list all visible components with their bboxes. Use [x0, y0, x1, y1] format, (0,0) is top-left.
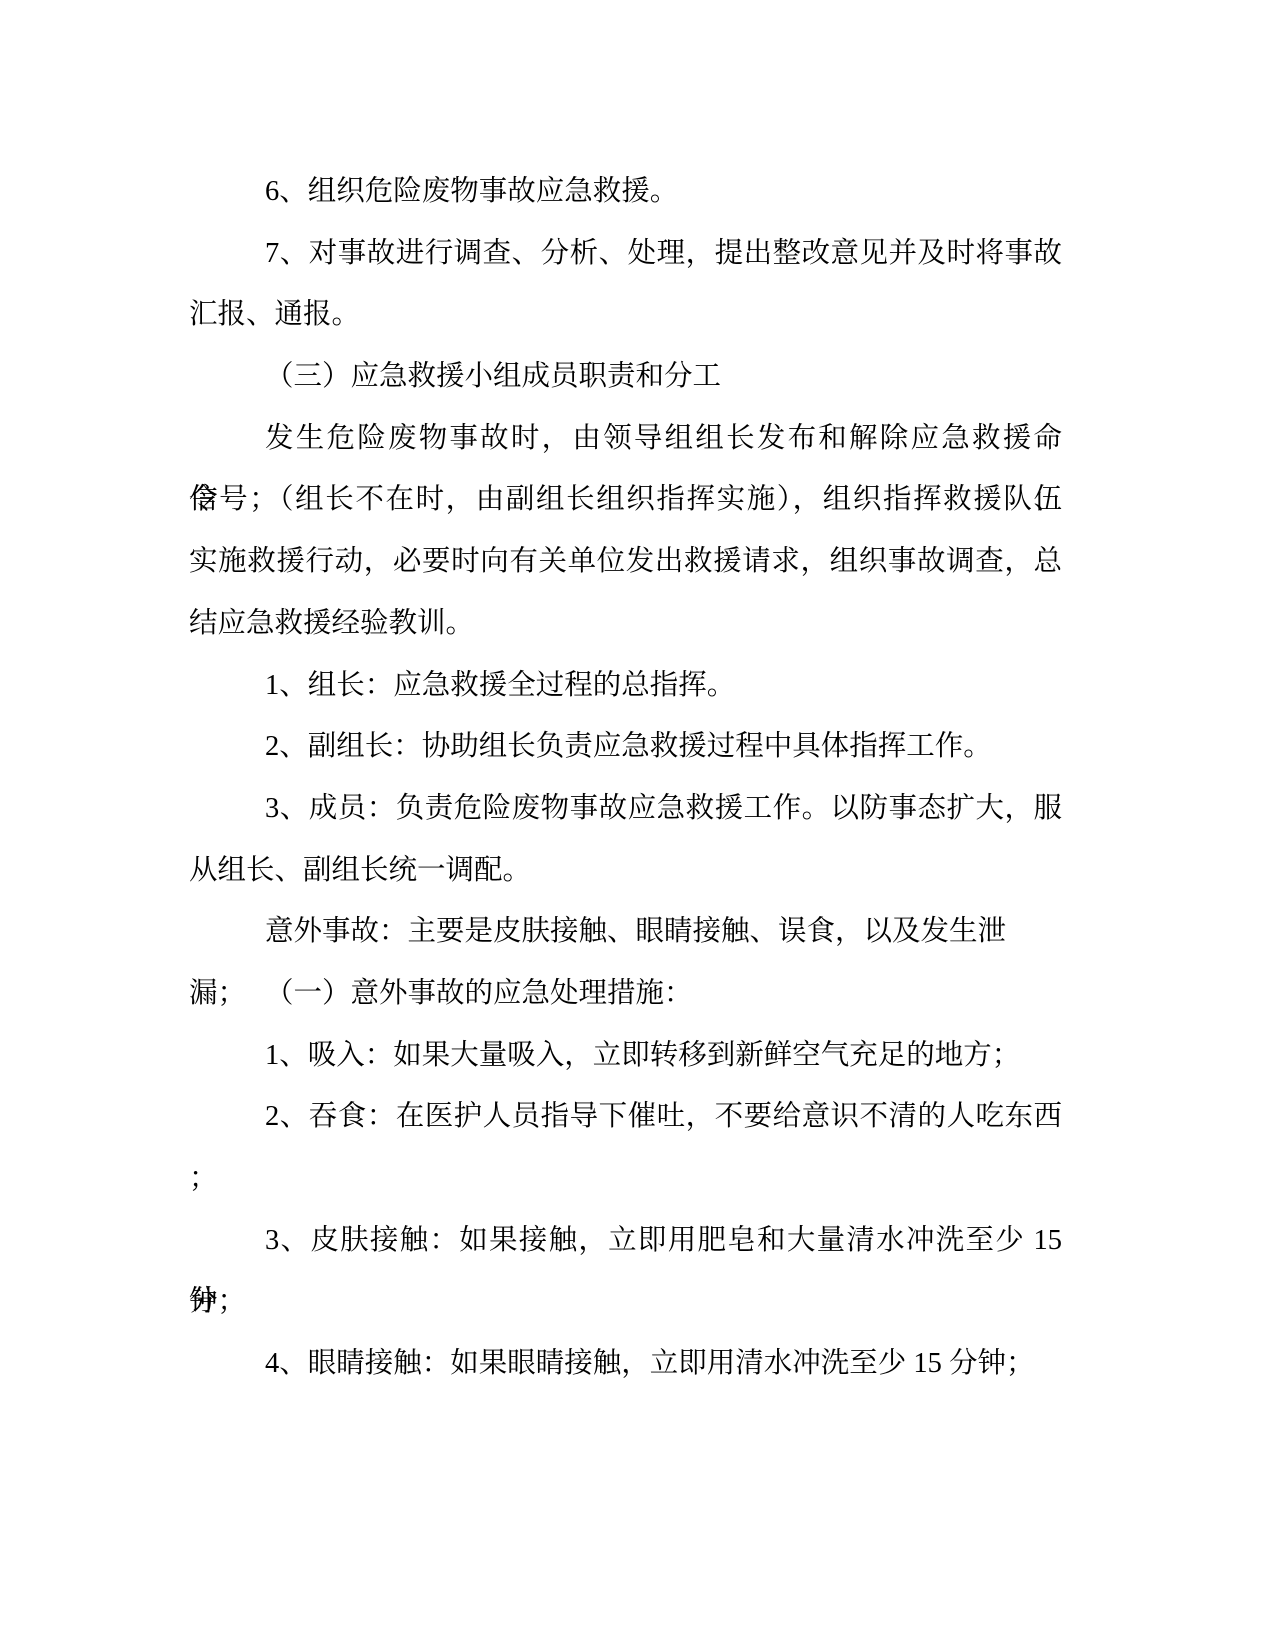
text-line: 1、组长：应急救援全过程的总指挥。 [189, 655, 1062, 717]
document-page: 6、组织危险废物事故应急救援。 7、对事故进行调查、分析、处理，提出整改意见并及… [0, 0, 1275, 1650]
text-line: 1、吸入：如果大量吸入，立即转移到新鲜空气充足的地方； [189, 1025, 1062, 1087]
text-line: 3、成员：负责危险废物事故应急救援工作。以防事态扩大，服 [189, 778, 1062, 840]
text-line: 4、眼睛接触：如果眼睛接触，立即用清水冲洗至少 15 分钟； [189, 1333, 1062, 1395]
text-line: （一）意外事故的应急处理措施： [189, 963, 1062, 1025]
text-line: 汇报、通报。 [189, 284, 1062, 346]
text-line: 意外事故：主要是皮肤接触、眼睛接触、误食，以及发生泄漏； [189, 901, 1062, 963]
text-line: 信号；（组长不在时，由副组长组织指挥实施），组织指挥救援队伍 [189, 469, 1062, 531]
text-line: 实施救援行动，必要时向有关单位发出救援请求，组织事故调查，总 [189, 531, 1062, 593]
text-line: 结应急救援经验教训。 [189, 593, 1062, 655]
document-text-block: 6、组织危险废物事故应急救援。 7、对事故进行调查、分析、处理，提出整改意见并及… [189, 161, 1062, 1395]
text-line: 6、组织危险废物事故应急救援。 [189, 161, 1062, 223]
text-line: 2、吞食：在医护人员指导下催吐，不要给意识不清的人吃东西 [189, 1086, 1062, 1148]
text-line: （三）应急救援小组成员职责和分工 [189, 346, 1062, 408]
text-line: 发生危险废物事故时，由领导组组长发布和解除应急救援命令、 [189, 408, 1062, 470]
text-line: ； [189, 1148, 1062, 1210]
text-line: 钟； [189, 1271, 1062, 1333]
text-line: 2、副组长：协助组长负责应急救援过程中具体指挥工作。 [189, 716, 1062, 778]
text-line: 7、对事故进行调查、分析、处理，提出整改意见并及时将事故 [189, 223, 1062, 285]
text-line: 从组长、副组长统一调配。 [189, 840, 1062, 902]
text-line: 3、皮肤接触：如果接触，立即用肥皂和大量清水冲洗至少 15 分 [189, 1210, 1062, 1272]
